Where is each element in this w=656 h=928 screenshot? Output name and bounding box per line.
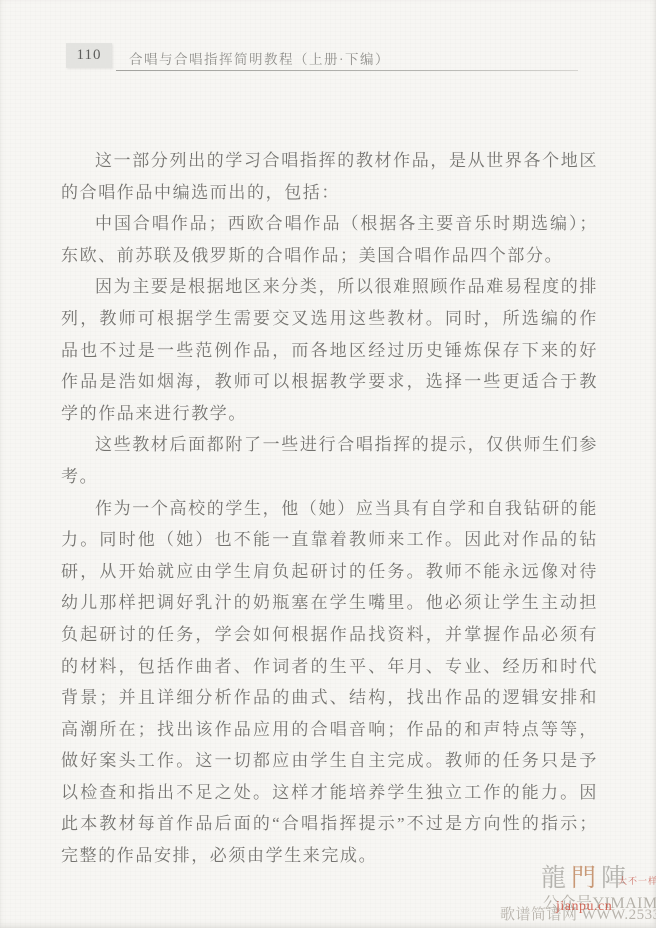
- scanned-book-page: 110 合唱与合唱指挥简明教程（上册·下编） 这一部分列出的学习合唱指挥的教材作…: [0, 0, 656, 928]
- watermark-logo-char: 龍: [541, 865, 571, 892]
- paragraph: 作为一个高校的学生，他（她）应当具有自学和自我钻研的能力。同时他（她）也不能一直…: [61, 493, 598, 872]
- page-body-text: 这一部分列出的学习合唱指挥的教材作品，是从世界各个地区的合唱作品中编选而出的，包…: [61, 145, 598, 872]
- header-divider: [116, 70, 578, 71]
- page-number: 110: [77, 47, 102, 64]
- paragraph: 这一部分列出的学习合唱指挥的教材作品，是从世界各个地区的合唱作品中编选而出的，包…: [61, 145, 598, 208]
- paragraph: 因为主要是根据地区来分类，所以很难照顾作品难易程度的排列，教师可根据学生需要交叉…: [61, 271, 598, 429]
- page-number-badge: 110: [66, 43, 112, 68]
- paragraph: 中国合唱作品；西欧合唱作品（根据各主要音乐时期选编）；东欧、前苏联及俄罗斯的合唱…: [61, 208, 598, 271]
- watermark-tagline: 大不一样: [618, 874, 656, 887]
- watermark-logo-char-accent: 門: [571, 865, 601, 892]
- running-head-title: 合唱与合唱指挥简明教程（上册·下编）: [129, 48, 390, 68]
- watermark-site-domain: jianpu.cn: [556, 899, 612, 915]
- paragraph: 这些教材后面都附了一些进行合唱指挥的提示，仅供师生们参考。: [61, 429, 598, 492]
